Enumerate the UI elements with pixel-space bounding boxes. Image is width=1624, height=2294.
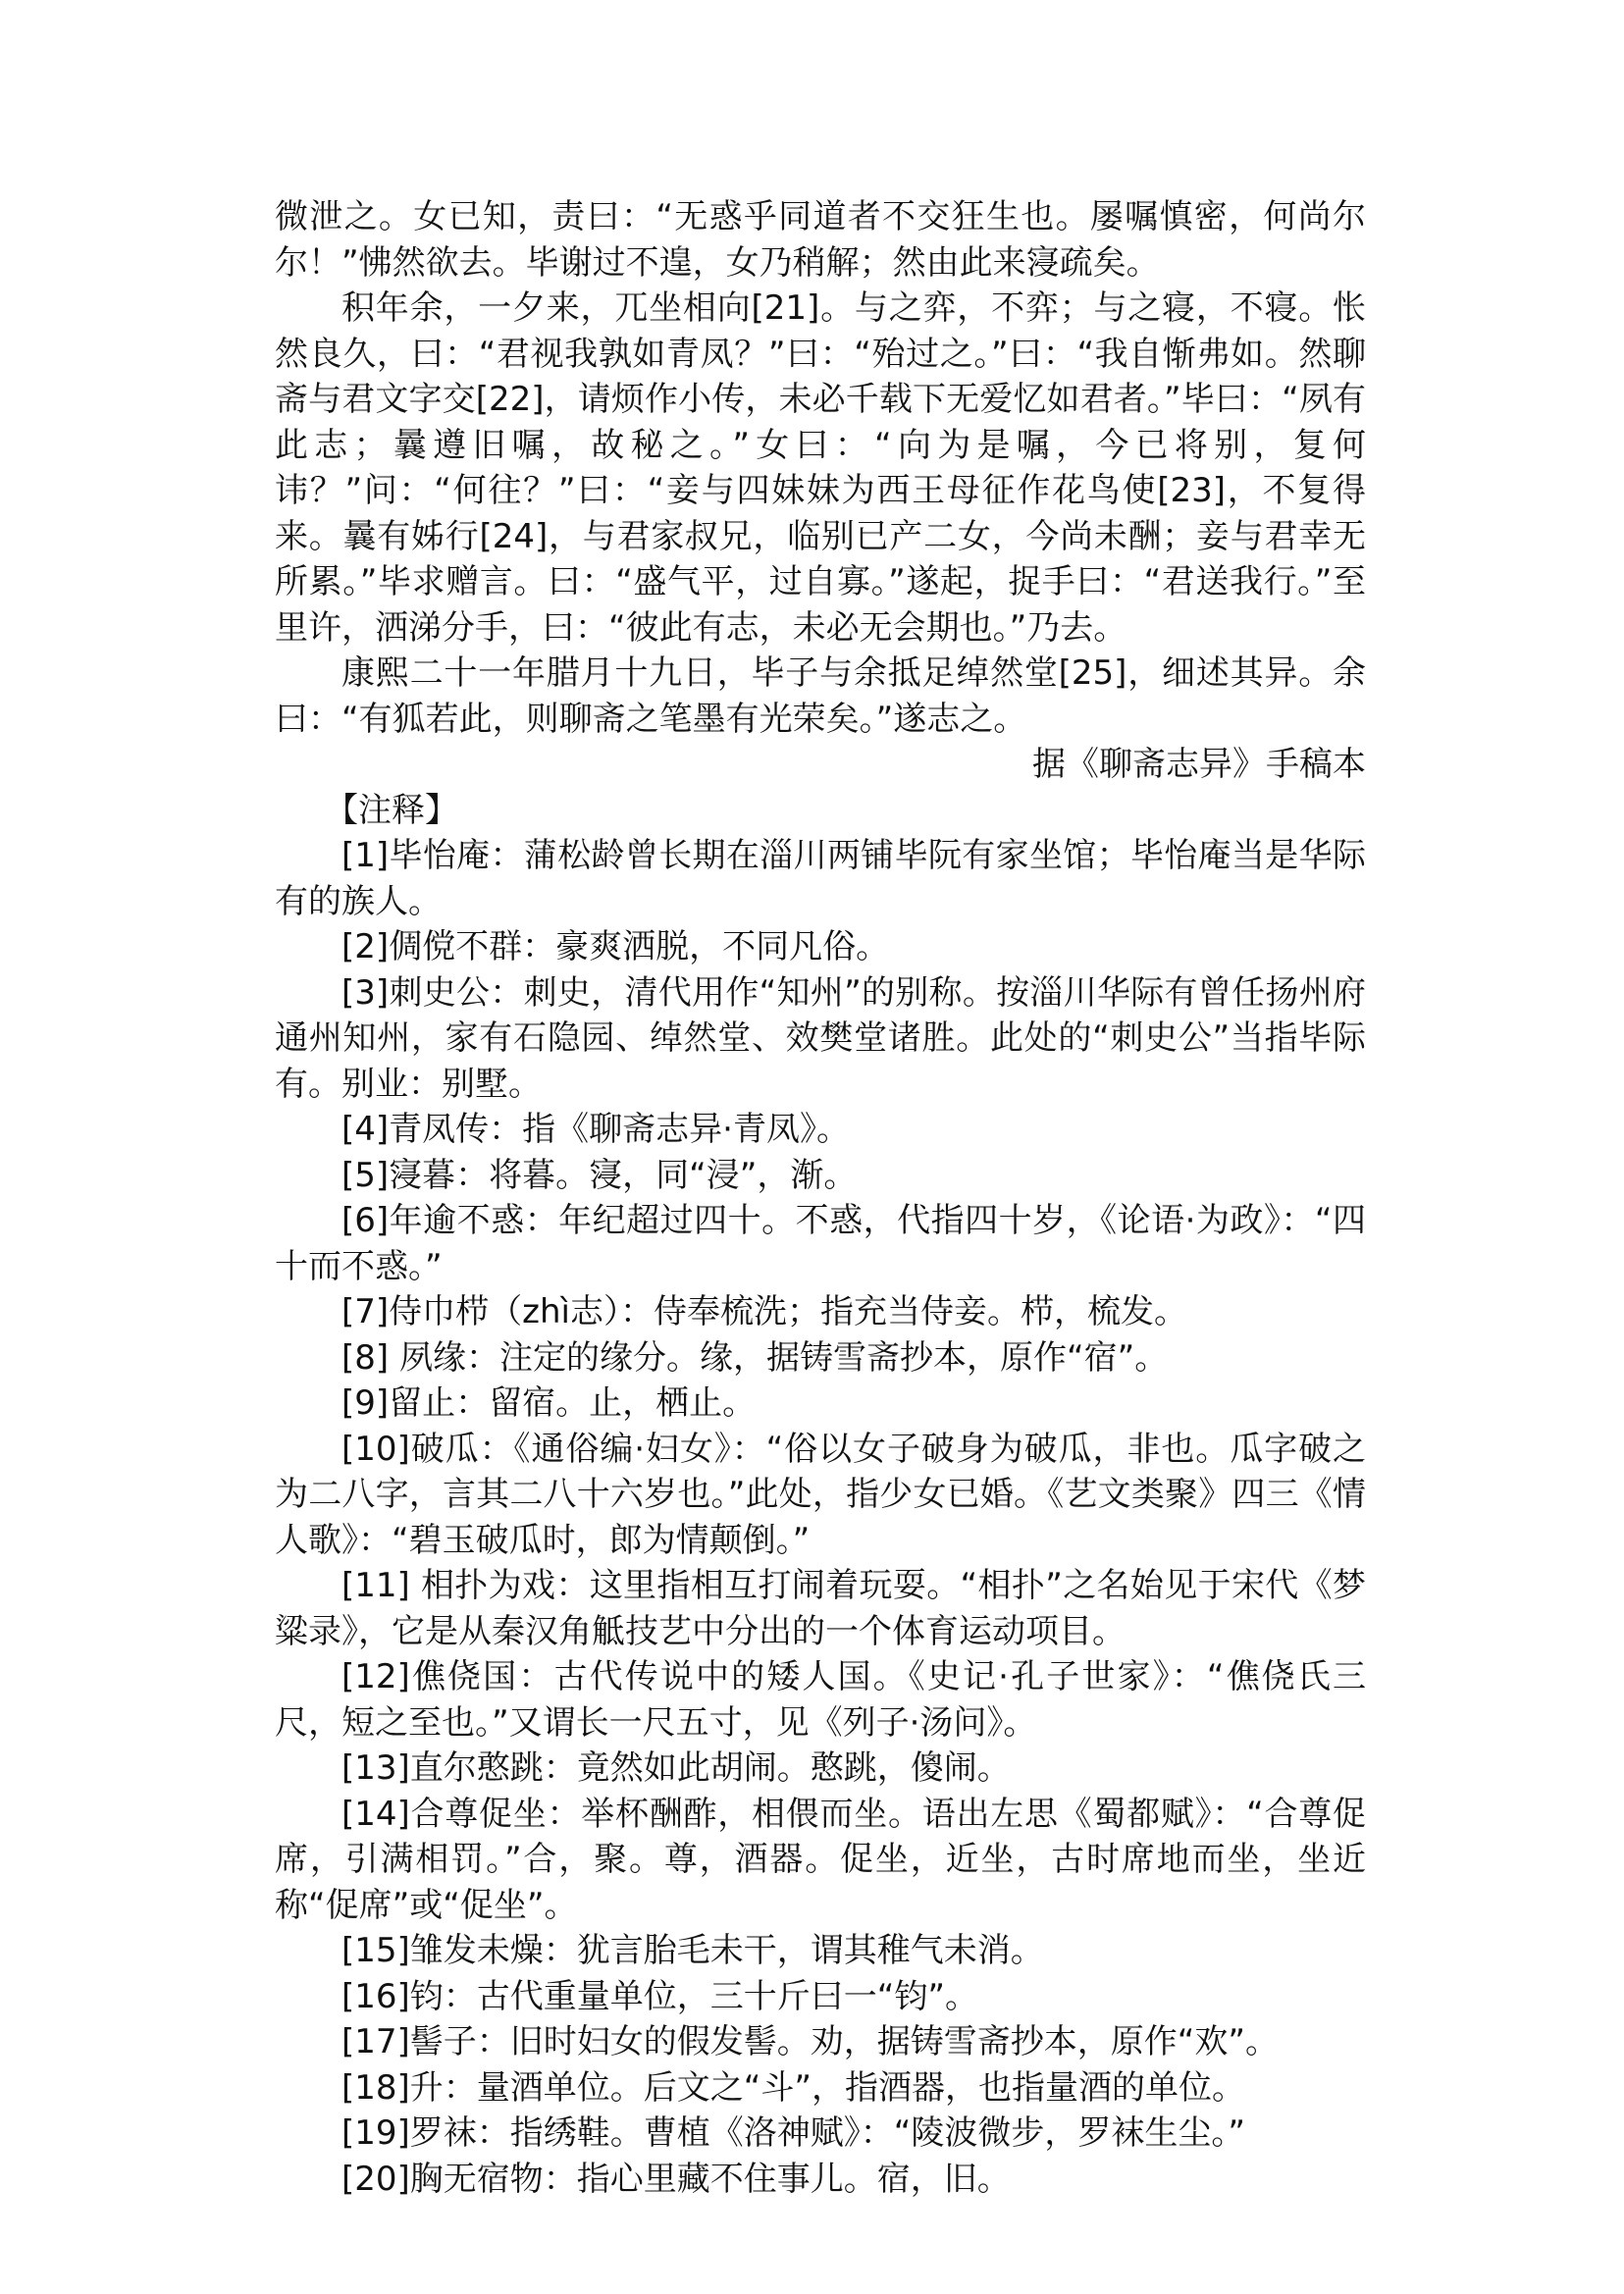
note-item: [10]破瓜：《通俗编·妇女》：“俗以女子破身为破瓜，非也。瓜字破之为二八字，言…	[275, 1427, 1366, 1564]
note-item: [9]留止：留宿。止，栖止。	[275, 1381, 1366, 1427]
body-paragraph: 积年余，一夕来，兀坐相向[21]。与之弈，不弈；与之寝，不寝。怅然良久，曰：“君…	[275, 286, 1366, 651]
notes-heading: 【注释】	[275, 788, 1366, 834]
note-item: [12]僬侥国：古代传说中的矮人国。《史记·孔子世家》：“僬侥氏三尺，短之至也。…	[275, 1654, 1366, 1746]
note-item: [18]升：量酒单位。后文之“斗”，指酒器，也指量酒的单位。	[275, 2065, 1366, 2112]
note-item: [11] 相扑为戏：这里指相互打闹着玩耍。“相扑”之名始见于宋代《梦粱录》，它是…	[275, 1563, 1366, 1654]
note-item: [2]倜傥不群：豪爽洒脱，不同凡俗。	[275, 924, 1366, 970]
body-paragraph-continued: 微泄之。女已知，责曰：“无惑乎同道者不交狂生也。屡嘱慎密，何尚尔尔！”怫然欲去。…	[275, 194, 1366, 286]
note-item: [17]髻子：旧时妇女的假发髻。劝，据铸雪斋抄本，原作“欢”。	[275, 2019, 1366, 2065]
note-item: [19]罗袜：指绣鞋。曹植《洛神赋》：“陵波微步，罗袜生尘。”	[275, 2111, 1366, 2157]
note-item: [14]合尊促坐：举杯酬酢，相偎而坐。语出左思《蜀都赋》：“合尊促席，引满相罚。…	[275, 1792, 1366, 1929]
note-item: [1]毕怡庵：蒲松龄曾长期在淄川两铺毕阮有家坐馆；毕怡庵当是华际有的族人。	[275, 833, 1366, 924]
source-attribution: 据《聊斋志异》手稿本	[275, 742, 1366, 788]
note-item: [16]钧：古代重量单位，三十斤曰一“钧”。	[275, 1974, 1366, 2020]
note-item: [4]青凤传：指《聊斋志异·青凤》。	[275, 1107, 1366, 1153]
note-item: [13]直尔憨跳：竟然如此胡闹。憨跳，傻闹。	[275, 1746, 1366, 1792]
document-page: 微泄之。女已知，责曰：“无惑乎同道者不交狂生也。屡嘱慎密，何尚尔尔！”怫然欲去。…	[275, 194, 1366, 2202]
note-item: [3]刺史公：刺史，清代用作“知州”的别称。按淄川华际有曾任扬州府通州知州，家有…	[275, 970, 1366, 1108]
note-item: [5]寖暮：将暮。寖，同“浸”，渐。	[275, 1153, 1366, 1199]
note-item: [20]胸无宿物：指心里藏不住事儿。宿，旧。	[275, 2157, 1366, 2203]
body-paragraph: 康熙二十一年腊月十九日，毕子与余抵足绰然堂[25]，细述其异。余曰：“有狐若此，…	[275, 651, 1366, 742]
note-item: [7]侍巾栉（zhì志）：侍奉梳洗；指充当侍妾。栉，梳发。	[275, 1289, 1366, 1335]
note-item: [6]年逾不惑：年纪超过四十。不惑，代指四十岁，《论语·为政》：“四十而不惑。”	[275, 1198, 1366, 1289]
note-item: [8] 夙缘：注定的缘分。缘，据铸雪斋抄本，原作“宿”。	[275, 1335, 1366, 1382]
note-item: [15]雏发未燥：犹言胎毛未干，谓其稚气未消。	[275, 1928, 1366, 1974]
